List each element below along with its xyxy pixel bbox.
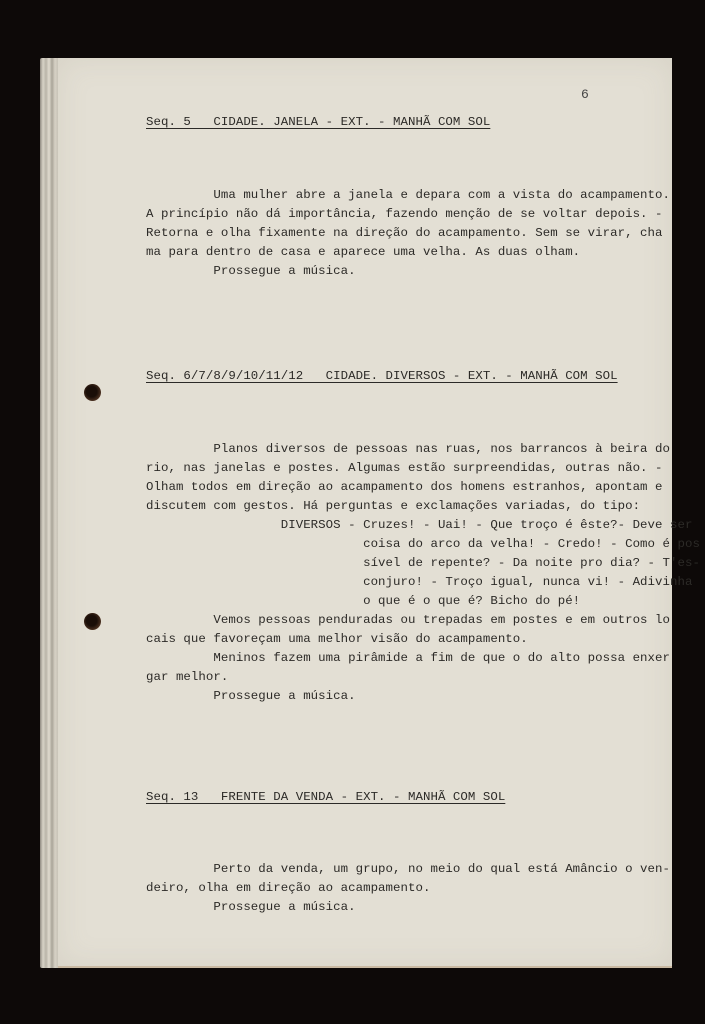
section-line: gar melhor. xyxy=(146,668,228,687)
section-line: Prossegue a música. xyxy=(146,262,356,281)
section-line: A princípio não dá importância, fazendo … xyxy=(146,205,663,224)
section-heading-seq-5: Seq. 5 CIDADE. JANELA - EXT. - MANHÃ COM… xyxy=(146,113,490,132)
dialogue-line: o que é o que é? Bicho do pé! xyxy=(146,592,580,611)
section-line: Prossegue a música. xyxy=(146,687,356,706)
section-line: Olham todos em direção ao acampamento do… xyxy=(146,478,663,497)
section-line: Meninos fazem uma pirâmide a fim de que … xyxy=(146,649,670,668)
section-line: cais que favoreçam uma melhor visão do a… xyxy=(146,630,528,649)
dialogue-line: coisa do arco da velha! - Credo! - Como … xyxy=(146,535,700,554)
section-line: discutem com gestos. Há perguntas e excl… xyxy=(146,497,640,516)
dialogue-line: DIVERSOS - Cruzes! - Uai! - Que troço é … xyxy=(146,516,692,535)
section-line: Planos diversos de pessoas nas ruas, nos… xyxy=(146,440,670,459)
section-line: ma para dentro de casa e aparece uma vel… xyxy=(146,243,580,262)
punch-hole-upper xyxy=(84,384,101,401)
section-line: Vemos pessoas penduradas ou trepadas em … xyxy=(146,611,670,630)
dialogue-line: conjuro! - Troço igual, nunca vi! - Adiv… xyxy=(146,573,692,592)
section-line: Uma mulher abre a janela e depara com a … xyxy=(146,186,670,205)
dialogue-line: sível de repente? - Da noite pro dia? - … xyxy=(146,554,700,573)
section-heading-seq-13: Seq. 13 FRENTE DA VENDA - EXT. - MANHÃ C… xyxy=(146,788,505,807)
section-line: Prossegue a música. xyxy=(146,898,356,917)
section-line: rio, nas janelas e postes. Algumas estão… xyxy=(146,459,663,478)
punch-hole-lower xyxy=(84,613,101,630)
section-heading-seq-6-12: Seq. 6/7/8/9/10/11/12 CIDADE. DIVERSOS -… xyxy=(146,367,618,386)
section-line: Perto da venda, um grupo, no meio do qua… xyxy=(146,860,670,879)
page-number: 6 xyxy=(581,87,589,102)
section-line: deiro, olha em direção ao acampamento. xyxy=(146,879,430,898)
section-line: Retorna e olha fixamente na direção do a… xyxy=(146,224,663,243)
